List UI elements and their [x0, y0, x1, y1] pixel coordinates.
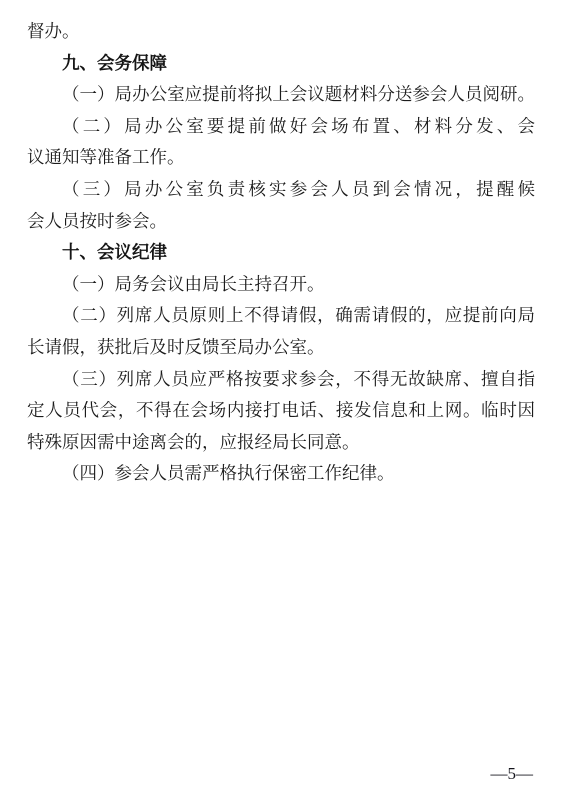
paragraph: （三）局办公室负责核实参会人员到会情况，提醒候 会人员按时参会。 — [27, 174, 535, 237]
section-heading-9: 九、会务保障 — [27, 48, 535, 80]
paragraph: （三）列席人员应严格按要求参会，不得无故缺席、擅自指 定人员代会，不得在会场内接… — [27, 364, 535, 459]
text-line: （一）局办公室应提前将拟上会议题材料分送参会人员阅研。 — [27, 79, 535, 111]
paragraph: （四）参会人员需严格执行保密工作纪律。 — [27, 458, 535, 490]
text-line: （一）局务会议由局长主持召开。 — [27, 269, 535, 301]
document-body: 督办。 九、会务保障 （一）局办公室应提前将拟上会议题材料分送参会人员阅研。 （… — [27, 16, 535, 490]
section-heading-10: 十、会议纪律 — [27, 237, 535, 269]
text-line: 会人员按时参会。 — [27, 206, 535, 238]
text-line: 定人员代会，不得在会场内接打电话、接发信息和上网。临时因 — [27, 395, 535, 427]
text-line: （四）参会人员需严格执行保密工作纪律。 — [27, 458, 535, 490]
paragraph: （二）列席人员原则上不得请假，确需请假的，应提前向局 长请假，获批后及时反馈至局… — [27, 300, 535, 363]
paragraph: （一）局办公室应提前将拟上会议题材料分送参会人员阅研。 — [27, 79, 535, 111]
text-line: 特殊原因需中途离会的，应报经局长同意。 — [27, 427, 535, 459]
document-page: 督办。 九、会务保障 （一）局办公室应提前将拟上会议题材料分送参会人员阅研。 （… — [0, 0, 562, 801]
text-line: （二）列席人员原则上不得请假，确需请假的，应提前向局 — [27, 300, 535, 332]
paragraph: （一）局务会议由局长主持召开。 — [27, 269, 535, 301]
text-line: （二）局办公室要提前做好会场布置、材料分发、会 — [27, 111, 535, 143]
paragraph-continuation: 督办。 — [27, 16, 535, 48]
page-number: —5— — [491, 763, 534, 785]
text-line: （三）局办公室负责核实参会人员到会情况，提醒候 — [27, 174, 535, 206]
text-line: （三）列席人员应严格按要求参会，不得无故缺席、擅自指 — [27, 364, 535, 396]
text-line: 议通知等准备工作。 — [27, 142, 535, 174]
text-line: 督办。 — [27, 16, 535, 48]
paragraph: （二）局办公室要提前做好会场布置、材料分发、会 议通知等准备工作。 — [27, 111, 535, 174]
text-line: 长请假，获批后及时反馈至局办公室。 — [27, 332, 535, 364]
